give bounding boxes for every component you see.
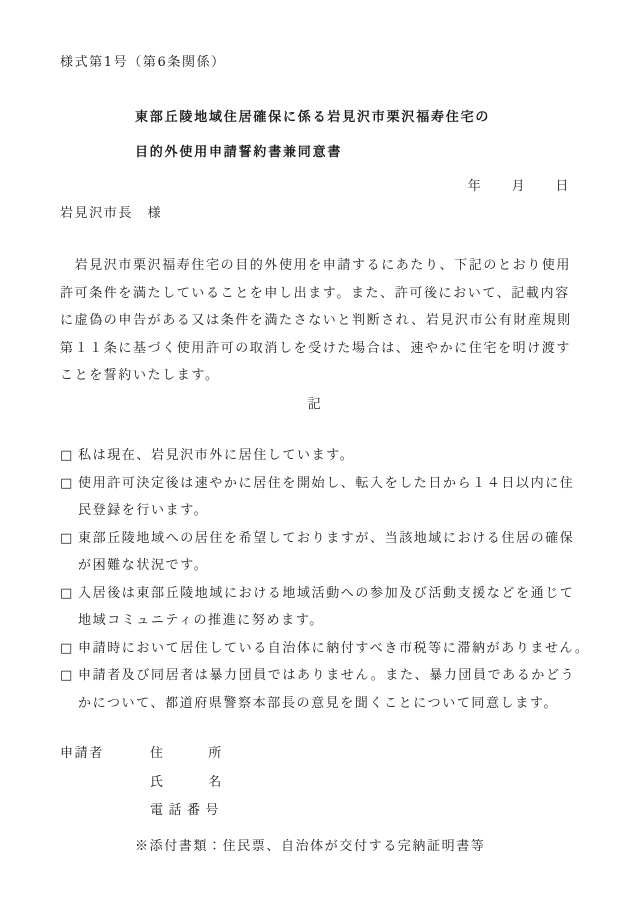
checkbox-icon[interactable]: □: [60, 442, 78, 470]
condition-checklist: □私は現在、岩見沢市外に居住しています。 □使用許可決定後は速やかに居住を開始し…: [60, 442, 570, 717]
applicant-section: 申請者 住 所 氏 名 電話番号: [60, 740, 570, 826]
checklist-item-text: 申請時において居住している自治体に納付すべき市税等に滞納がありません。: [78, 641, 590, 656]
applicant-label: 申請者: [60, 740, 150, 826]
checkbox-icon[interactable]: □: [60, 470, 78, 498]
checklist-item: □申請者及び同居者は暴力団員ではありません。また、暴力団員であるかどう かについ…: [60, 662, 570, 717]
document-title-line1: 東部丘陵地域住居確保に係る岩見沢市栗沢福寿住宅の: [135, 100, 570, 135]
form-number: 様式第1号（第6条関係）: [60, 49, 570, 76]
checklist-item: □東部丘陵地域への居住を希望しておりますが、当該地域における住居の確保 が困難な…: [60, 525, 570, 580]
phone-field-label: 電話番号: [150, 797, 224, 826]
checklist-item: □私は現在、岩見沢市外に居住しています。: [60, 442, 570, 470]
checklist-item: □使用許可決定後は速やかに居住を開始し、転入をした日から１４日以内に住 民登録を…: [60, 470, 570, 525]
document-title: 東部丘陵地域住居確保に係る岩見沢市栗沢福寿住宅の目的外使用申請誓約書兼同意書: [135, 100, 570, 170]
name-field-label: 氏 名: [150, 769, 224, 798]
document-page: 様式第1号（第6条関係） 東部丘陵地域住居確保に係る岩見沢市栗沢福寿住宅の目的外…: [0, 0, 630, 903]
date-line: 年 月 日: [60, 173, 570, 200]
checkbox-icon[interactable]: □: [60, 635, 78, 663]
pledge-paragraph: 岩見沢市栗沢福寿住宅の目的外使用を申請するにあたり、下記のとおり使用 許可条件を…: [60, 252, 570, 390]
checklist-item-text: 入居後は東部丘陵地域における地域活動への参加及び活動支援などを通じて 地域コミュ…: [78, 586, 574, 629]
document-title-line2: 目的外使用申請誓約書兼同意書: [135, 135, 570, 170]
checklist-item-text: 東部丘陵地域への居住を希望しておりますが、当該地域における住居の確保 が困難な状…: [78, 531, 574, 574]
checkbox-icon[interactable]: □: [60, 580, 78, 608]
checkbox-icon[interactable]: □: [60, 662, 78, 690]
attachment-note: ※添付書類：住民票、自治体が交付する完納証明書等: [135, 833, 570, 860]
addressee: 岩見沢市長 様: [60, 200, 570, 227]
ki-heading: 記: [60, 391, 570, 419]
checklist-item-text: 申請者及び同居者は暴力団員ではありません。また、暴力団員であるかどう かについて…: [78, 668, 575, 711]
address-field-label: 住 所: [150, 740, 224, 769]
checklist-item: □入居後は東部丘陵地域における地域活動への参加及び活動支援などを通じて 地域コミ…: [60, 580, 570, 635]
applicant-fields: 住 所 氏 名 電話番号: [150, 740, 224, 826]
checklist-item-text: 使用許可決定後は速やかに居住を開始し、転入をした日から１４日以内に住 民登録を行…: [78, 476, 574, 519]
checklist-item-text: 私は現在、岩見沢市外に居住しています。: [78, 448, 354, 463]
checklist-item: □申請時において居住している自治体に納付すべき市税等に滞納がありません。: [60, 635, 570, 663]
checkbox-icon[interactable]: □: [60, 525, 78, 553]
